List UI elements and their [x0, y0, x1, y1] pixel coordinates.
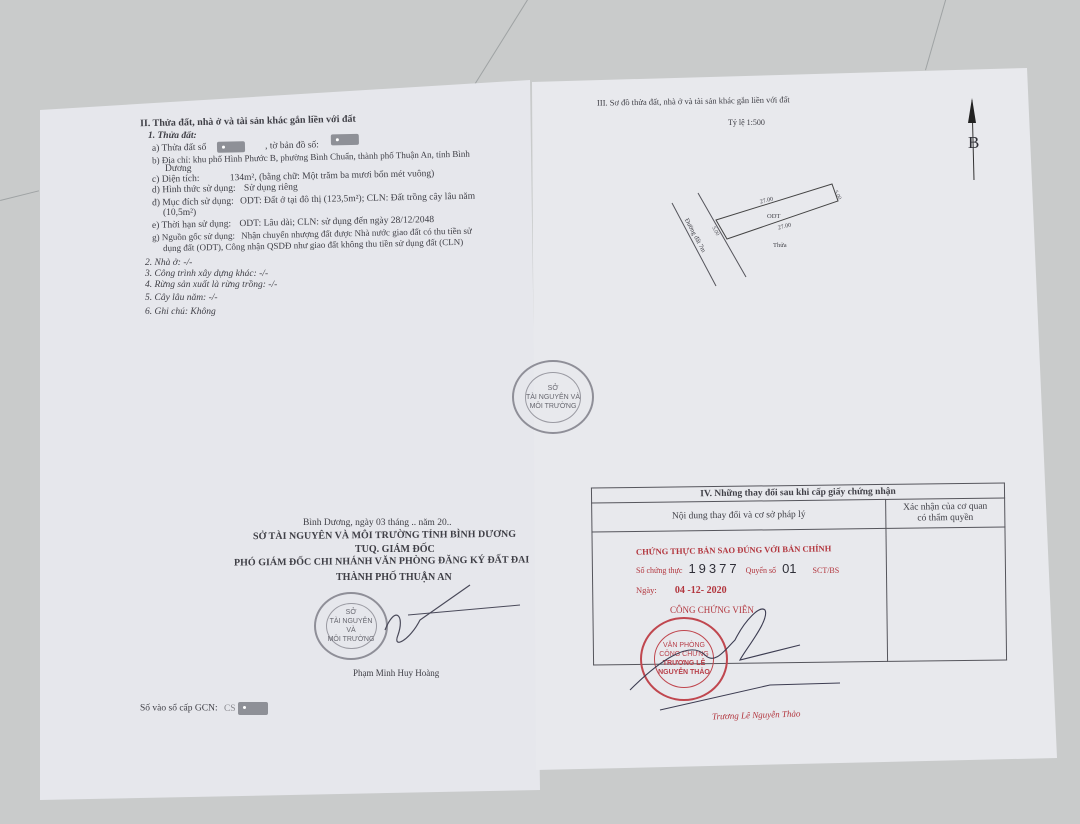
issuer-seal: SỞ TÀI NGUYÊN VÀ MÔI TRƯỜNG [314, 592, 388, 660]
register-label: Số vào sổ cấp GCN: [140, 704, 218, 714]
issuer-name: Phạm Minh Huy Hoàng [353, 668, 439, 679]
city-name: THÀNH PHỐ THUẬN AN [336, 572, 452, 583]
item-planted-forest: 4. Rừng sản xuất là rừng trồng: -/- [145, 280, 277, 291]
notary-book-label: Quyển số [746, 566, 776, 575]
seal-text: MÔI TRƯỜNG [328, 635, 375, 644]
item-perennial-trees: 5. Cây lâu năm: -/- [145, 293, 218, 304]
register-number: Số vào sổ cấp GCN: CS [140, 702, 268, 715]
notary-number-row: Số chứng thực 19377 Quyển số 01 SCT/BS [636, 563, 839, 576]
notary-number: 19377 [688, 561, 739, 576]
surface-crease [925, 0, 951, 70]
seal-text: SỞ [346, 608, 357, 617]
notary-book-suffix: SCT/BS [813, 566, 840, 575]
authority-line1: Xác nhận của cơ quan [903, 502, 987, 513]
seal-text: NGUYỄN THẢO [658, 668, 710, 677]
notary-book: 01 [782, 561, 796, 576]
redacted-map-number [331, 134, 359, 146]
notary-seal: VĂN PHÒNG CÔNG CHỨNG TRƯƠNG LÊ NGUYỄN TH… [640, 617, 728, 701]
origin-label: g) Nguồn gốc sử dụng: [152, 231, 235, 243]
changes-col-authority: Xác nhận của cơ quan có thẩm quyền [886, 498, 1005, 528]
item-notes: 6. Ghi chú: Không [145, 307, 216, 318]
changes-col-content: Nội dung thay đổi và cơ sở pháp lý [592, 499, 886, 532]
seal-text: TÀI NGUYÊN VÀ [526, 393, 580, 402]
land-heading: 1. Thửa đất: [148, 131, 197, 142]
seal-text: MÔI TRƯỜNG [530, 402, 577, 411]
purpose-label: đ) Mục đích sử dụng: [152, 197, 234, 209]
changes-authority-cell [886, 527, 1007, 661]
notary-date-row: Ngày: 04 -12- 2020 [636, 585, 727, 596]
place-date: Bình Dương, ngày 03 tháng .. năm 20.. [303, 518, 451, 529]
parcel-number-label: a) Thửa đất số [152, 143, 207, 154]
parcel-use-label: ODT [767, 211, 780, 222]
notary-date-label: Ngày: [636, 585, 657, 595]
notary-number-label: Số chứng thực [636, 566, 682, 575]
item-house: 2. Nhà ở: -/- [145, 258, 192, 269]
register-prefix: CS [224, 704, 236, 714]
seal-text: SỞ [548, 384, 559, 393]
redacted-parcel-number [217, 141, 245, 153]
seal-text: TRƯƠNG LÊ [663, 659, 706, 668]
area-label: c) Diện tích: [152, 174, 200, 185]
surface-crease [0, 190, 39, 201]
issuing-org: SỞ TÀI NGUYÊN VÀ MÔI TRƯỜNG TỈNH BÌNH DƯ… [253, 529, 516, 542]
item-other-construction: 3. Công trình xây dựng khác: -/- [145, 269, 268, 280]
land-purpose-cont: (10,5m²) [163, 208, 196, 219]
notary-role: CÔNG CHỨNG VIÊN [670, 605, 754, 616]
map-number-label: , tờ bản đồ số: [265, 140, 319, 151]
document-photo: II. Thửa đất, nhà ở và tài sản khác gắn … [0, 0, 1080, 824]
north-label: B [968, 134, 979, 152]
use-form-label: d) Hình thức sử dụng: [152, 184, 236, 196]
term-label: e) Thời hạn sử dụng: [152, 219, 231, 231]
redacted-register-number [238, 702, 268, 715]
use-form-value: Sử dụng riêng [244, 182, 298, 193]
center-seal: SỞ TÀI NGUYÊN VÀ MÔI TRƯỜNG [512, 360, 594, 434]
scale-label: Tỷ lệ 1:500 [728, 117, 765, 128]
seal-text: VĂN PHÒNG [663, 641, 705, 650]
notary-date: 04 -12- 2020 [675, 585, 727, 596]
seal-text: CÔNG CHỨNG [659, 650, 709, 659]
tuq-title: TUQ. GIÁM ĐỐC [355, 544, 435, 555]
authority-line2: có thẩm quyền [917, 513, 973, 524]
neighbor-label: Thửa [773, 240, 787, 251]
seal-text: TÀI NGUYÊN VÀ [327, 617, 376, 635]
